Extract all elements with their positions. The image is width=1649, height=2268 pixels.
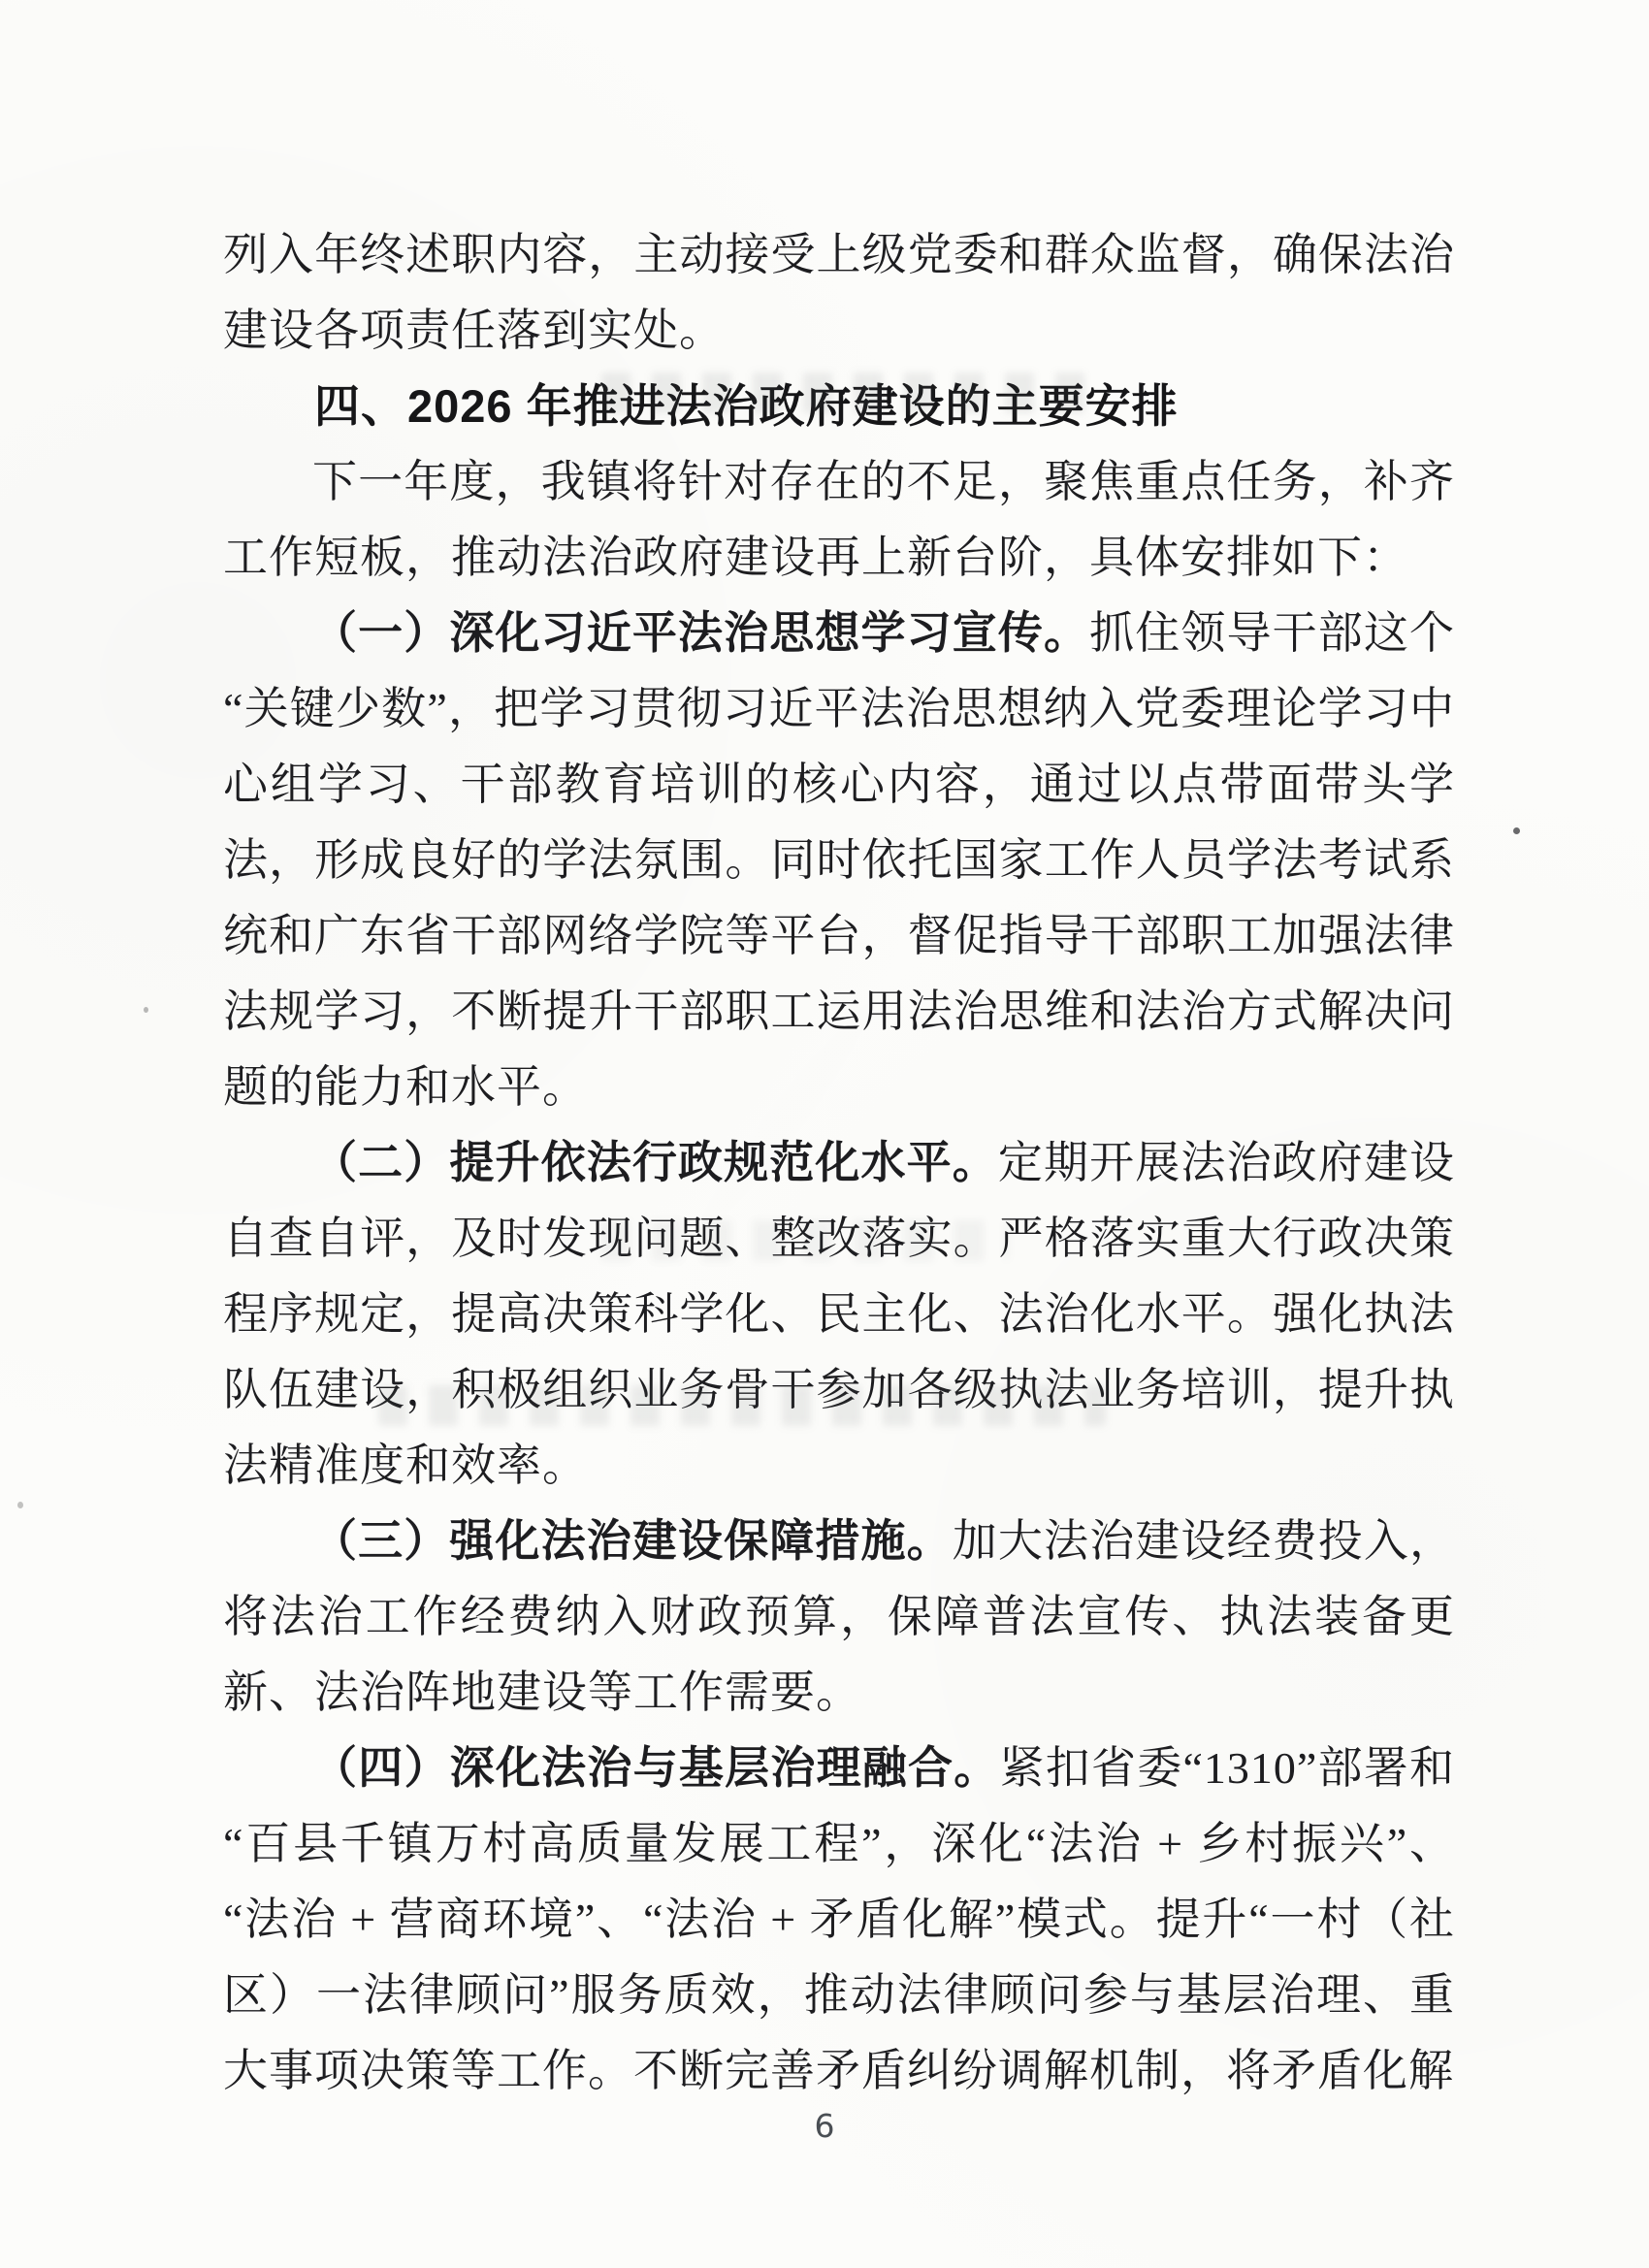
document-body: 列入年终述职内容，主动接受上级党委和群众监督，确保法治建设各项责任落到实处。 四… [223, 217, 1455, 2109]
page-number: 6 [0, 2107, 1649, 2145]
paragraph-text: 抓住领导干部这个“关键少数”，把学习贯彻习近平法治思想纳入党委理论学习中心组学习… [223, 608, 1455, 1112]
paragraph-lead: （一）深化习近平法治思想学习宣传。 [312, 608, 1089, 658]
paragraph-lead: （三）强化法治建设保障措施。 [312, 1516, 953, 1566]
paragraph-item-4: （四）深化法治与基层治理融合。紧扣省委“1310”部署和“百县千镇万村高质量发展… [223, 1731, 1455, 2109]
paragraph-text: 列入年终述职内容，主动接受上级党委和群众监督，确保法治建设各项责任落到实处。 [223, 230, 1455, 355]
paragraph-text: 定期开展法治政府建设自查自评，及时发现问题、整改落实。严格落实重大行政决策程序规… [223, 1138, 1455, 1490]
paragraph-item-2: （二）提升依法行政规范化水平。定期开展法治政府建设自查自评，及时发现问题、整改落… [223, 1125, 1455, 1504]
section-heading: 四、2026 年推进法治政府建设的主要安排 [223, 369, 1455, 444]
section-heading-text: 四、2026 年推进法治政府建设的主要安排 [314, 380, 1179, 432]
paragraph-text: 紧扣省委“1310”部署和“百县千镇万村高质量发展工程”，深化“法治 + 乡村振… [223, 1743, 1455, 2095]
scan-speck [1513, 827, 1520, 834]
scan-speck [17, 1502, 23, 1508]
paragraph-item-1: （一）深化习近平法治思想学习宣传。抓住领导干部这个“关键少数”，把学习贯彻习近平… [223, 596, 1455, 1125]
scan-speck [144, 1007, 148, 1013]
paragraph-lead: （二）提升依法行政规范化水平。 [312, 1138, 998, 1187]
scanned-document-page: 列入年终述职内容，主动接受上级党委和群众监督，确保法治建设各项责任落到实处。 四… [0, 0, 1649, 2268]
paragraph-continuation: 列入年终述职内容，主动接受上级党委和群众监督，确保法治建设各项责任落到实处。 [223, 217, 1455, 369]
paragraph-intro: 下一年度，我镇将针对存在的不足，聚焦重点任务，补齐工作短板，推动法治政府建设再上… [223, 444, 1455, 596]
paragraph-text: 下一年度，我镇将针对存在的不足，聚焦重点任务，补齐工作短板，推动法治政府建设再上… [223, 457, 1455, 582]
paragraph-item-3: （三）强化法治建设保障措施。加大法治建设经费投入，将法治工作经费纳入财政预算，保… [223, 1504, 1455, 1731]
paragraph-lead: （四）深化法治与基层治理融合。 [312, 1743, 1000, 1793]
